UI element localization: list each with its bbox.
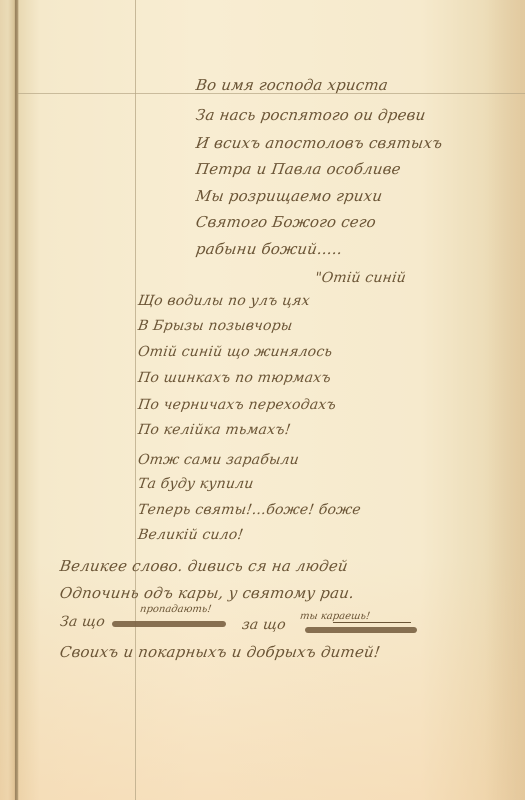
- stanza-1-line-6: Святого Божого сего: [195, 213, 378, 231]
- crossed-out-word-2: [305, 627, 417, 633]
- book-binding-edge: [15, 0, 18, 800]
- left-margin-rule: [135, 0, 136, 800]
- stanza-1-line-5: Мы розрищаемо грихи: [195, 187, 384, 205]
- stanza-1-line-4: Петра и Павла особливе: [195, 160, 402, 178]
- stanza-2-line-1: Що водилы по улъ цях: [137, 293, 311, 309]
- stanza-1-line-7: рабыни божий…..: [195, 240, 344, 258]
- insertion-underline: [333, 622, 411, 623]
- line-3-text: За що: [59, 614, 106, 630]
- stanza-1-line-2: За нась роспятого ои древи: [195, 106, 427, 124]
- page-edge-shading: [485, 0, 525, 800]
- stanza-3-line-3-start: За що: [59, 614, 106, 630]
- stanza-2-line-5: По черничахъ переходахъ: [137, 397, 337, 413]
- insertion-above-1: пропадають!: [139, 604, 212, 615]
- stanza-2-line-2: В Брызы позывчоры: [137, 318, 294, 334]
- stanza-1-line-3: И всихъ апостоловъ святыхъ: [195, 134, 444, 152]
- stanza-2-line-8: Та буду купили: [137, 476, 255, 492]
- stanza-3-line-3-middle: за що: [241, 617, 287, 633]
- stanza-2-line-6: По келійка тьмахъ!: [137, 422, 292, 438]
- stanza-3-line-2: Одпочинь одъ кары, у святому раи.: [59, 584, 356, 602]
- stanza-2-line-9: Теперь святы!…боже! боже: [137, 502, 362, 518]
- stanza-2-line-7: Отж сами зарабыли: [137, 452, 300, 468]
- insertion-above-2: ты караешь!: [299, 611, 371, 622]
- stanza-2-title: "Отій синій: [314, 270, 407, 286]
- stanza-2-line-3: Отій синій що жинялось: [137, 344, 333, 360]
- stanza-1-line-1: Во имя господа христа: [195, 76, 390, 94]
- stanza-2-line-10: Великій сило!: [137, 527, 244, 543]
- stanza-3-line-4: Своихъ и покарныхъ и добрыхъ дитей!: [59, 643, 382, 661]
- stanza-2-line-4: По шинкахъ по тюрмахъ: [137, 370, 332, 386]
- stanza-3-line-1: Великее слово. дивись ся на людей: [59, 557, 349, 575]
- crossed-out-word-1: [112, 621, 226, 627]
- manuscript-page: Во имя господа христа За нась роспятого …: [0, 0, 525, 800]
- line-3-text-2: за що: [241, 617, 287, 633]
